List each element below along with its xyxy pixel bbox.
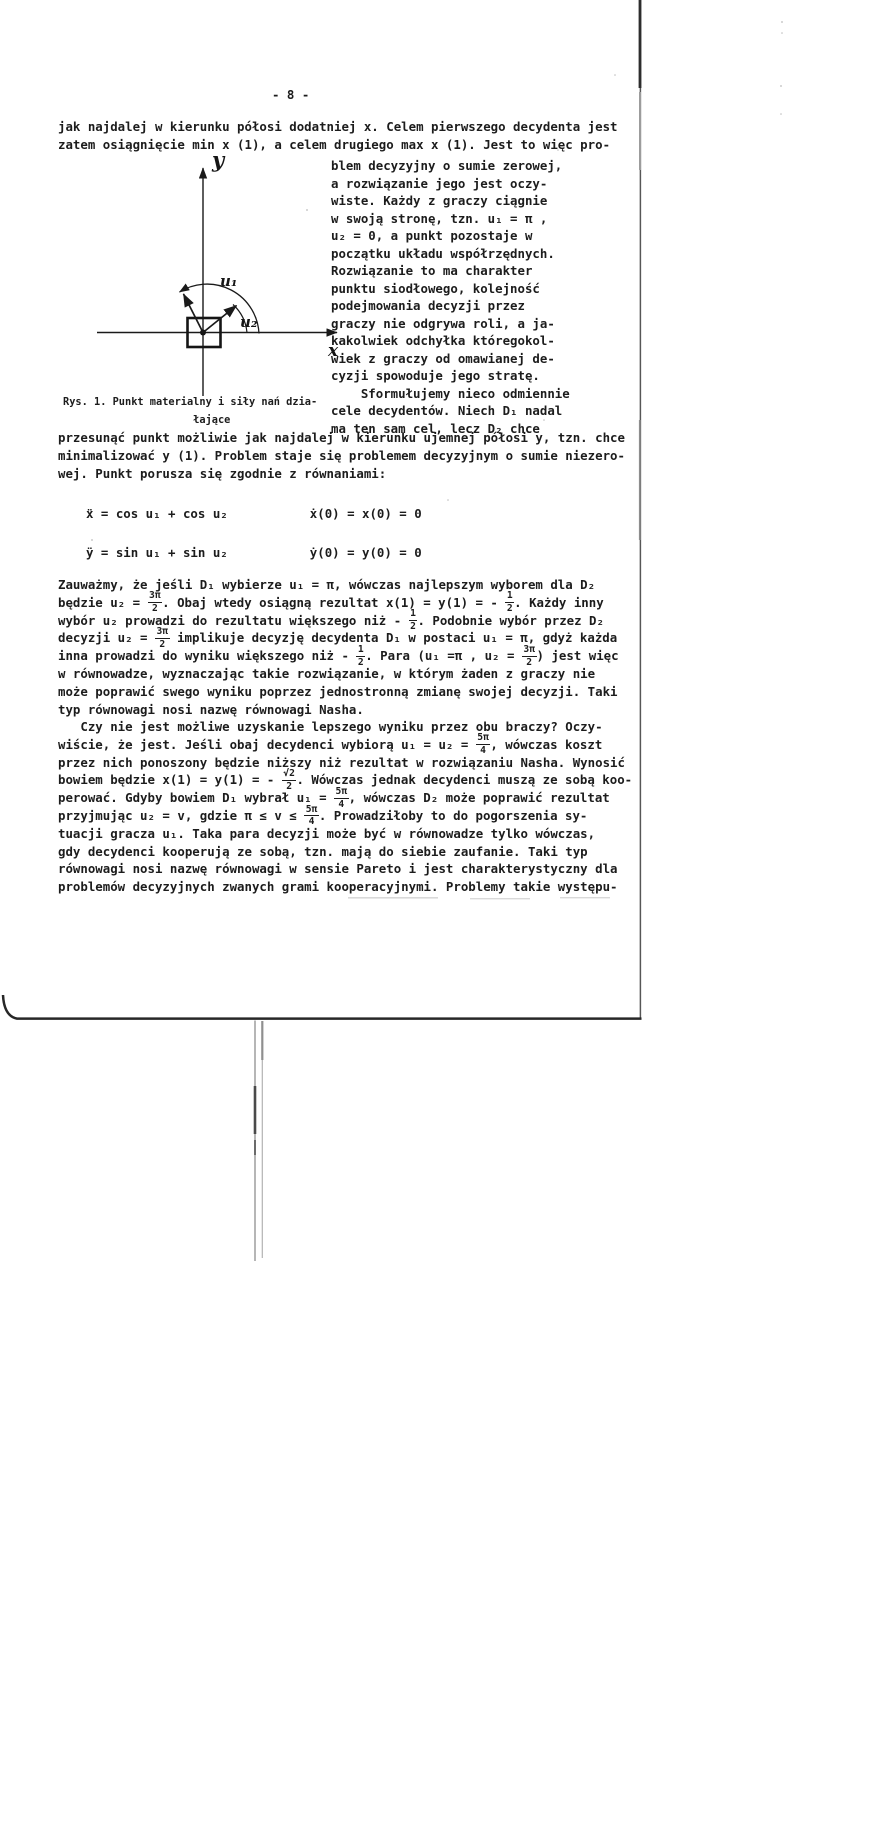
fraction: 3π2 (155, 627, 170, 649)
y-axis-label: y (211, 147, 226, 172)
figure-caption: Rys. 1. Punkt materialny i siły nań dzia… (63, 394, 317, 429)
fraction: √22 (282, 769, 297, 791)
scan-background: - 8 - jak najdalej w kierunku półosi dod… (0, 0, 891, 1836)
x-axis-label: x (327, 341, 339, 361)
document-page: - 8 - jak najdalej w kierunku półosi dod… (0, 0, 642, 1019)
page-number: - 8 - (272, 86, 309, 104)
right-column-paragraph: blem decyzyjny o sumie zerowej, a rozwią… (331, 157, 570, 437)
u2-label: u₂ (240, 313, 258, 331)
fraction: 5π4 (334, 787, 349, 809)
fraction: 12 (409, 609, 418, 631)
equations-block: ẍ = cos u₁ + cos u₂ ẋ(0) = x(0) = 0 ÿ = … (86, 494, 422, 572)
fraction: 3π2 (522, 645, 537, 667)
u1-label: u₁ (220, 272, 237, 290)
fraction: 5π4 (304, 805, 319, 827)
figure-rys1: y x u₁ u₂ (88, 146, 350, 398)
paragraph-after-figure: przesunąć punkt możliwie jak najdalej w … (58, 429, 625, 482)
paragraph-pareto-equilibrium: Czy nie jest możliwe uzyskanie lepszego … (58, 718, 632, 896)
fraction: 12 (356, 645, 365, 667)
fraction: 3π2 (148, 591, 163, 613)
fraction: 12 (505, 591, 514, 613)
fraction: 5π4 (476, 733, 491, 755)
paragraph-nash-equilibrium: Zauważmy, że jeśli D₁ wybierze u₁ = π, w… (58, 576, 619, 718)
